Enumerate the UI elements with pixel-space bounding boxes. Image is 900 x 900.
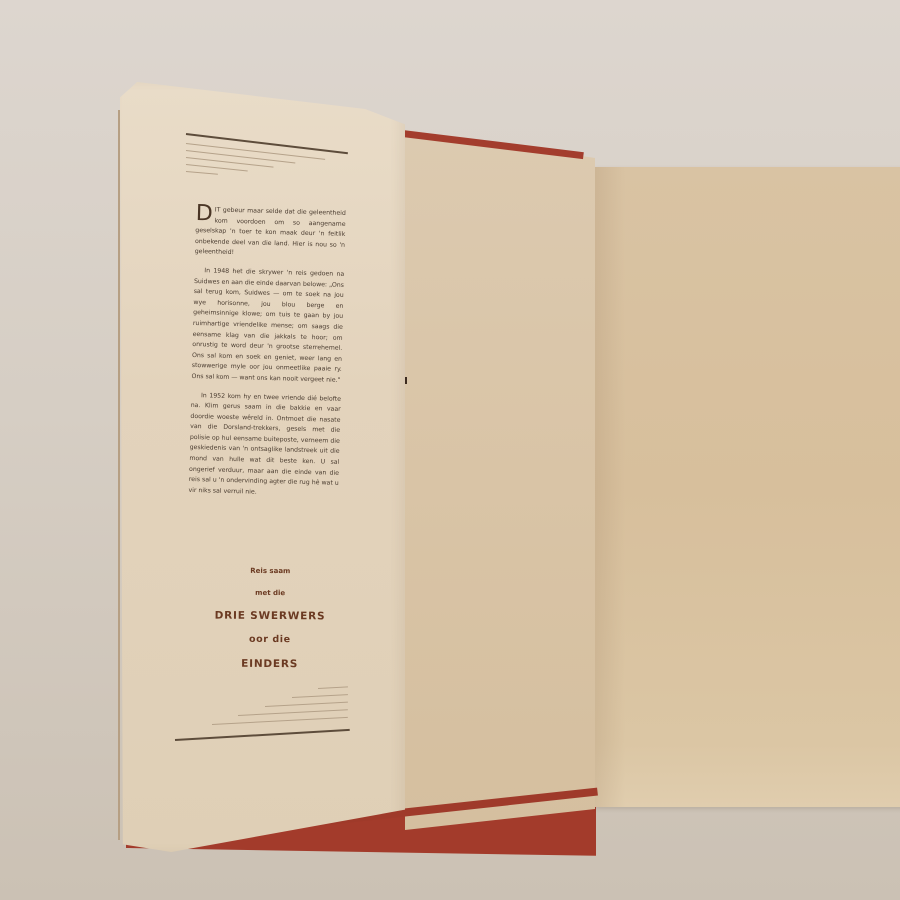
- blurb-paragraph-3: In 1952 kom hy en twee vriende dié belof…: [188, 390, 341, 500]
- blurb-text: DIT gebeur maar selde dat die geleenthei…: [188, 205, 346, 508]
- blurb-paragraph-2: In 1948 het die skrywer 'n reis gedoen n…: [191, 266, 344, 386]
- tagline-line-2: met die: [200, 582, 340, 605]
- book-title-line-2: EINDERS: [200, 652, 340, 677]
- tagline-line-1: Reis saam: [200, 560, 340, 583]
- tagline-line-4: oor die: [200, 628, 340, 653]
- book-photo: DIT gebeur maar selde dat die geleenthei…: [0, 0, 900, 900]
- inner-page: [405, 130, 595, 830]
- book-title-line-1: DRIE SWERWERS: [200, 604, 340, 629]
- flap-fold-edge: [118, 110, 120, 840]
- drop-cap: D: [196, 205, 213, 223]
- endpaper-page: [595, 167, 900, 807]
- blurb-paragraph-1: DIT gebeur maar selde dat die geleenthei…: [195, 205, 346, 262]
- tagline-block: Reis saam met die DRIE SWERWERS oor die …: [200, 560, 341, 677]
